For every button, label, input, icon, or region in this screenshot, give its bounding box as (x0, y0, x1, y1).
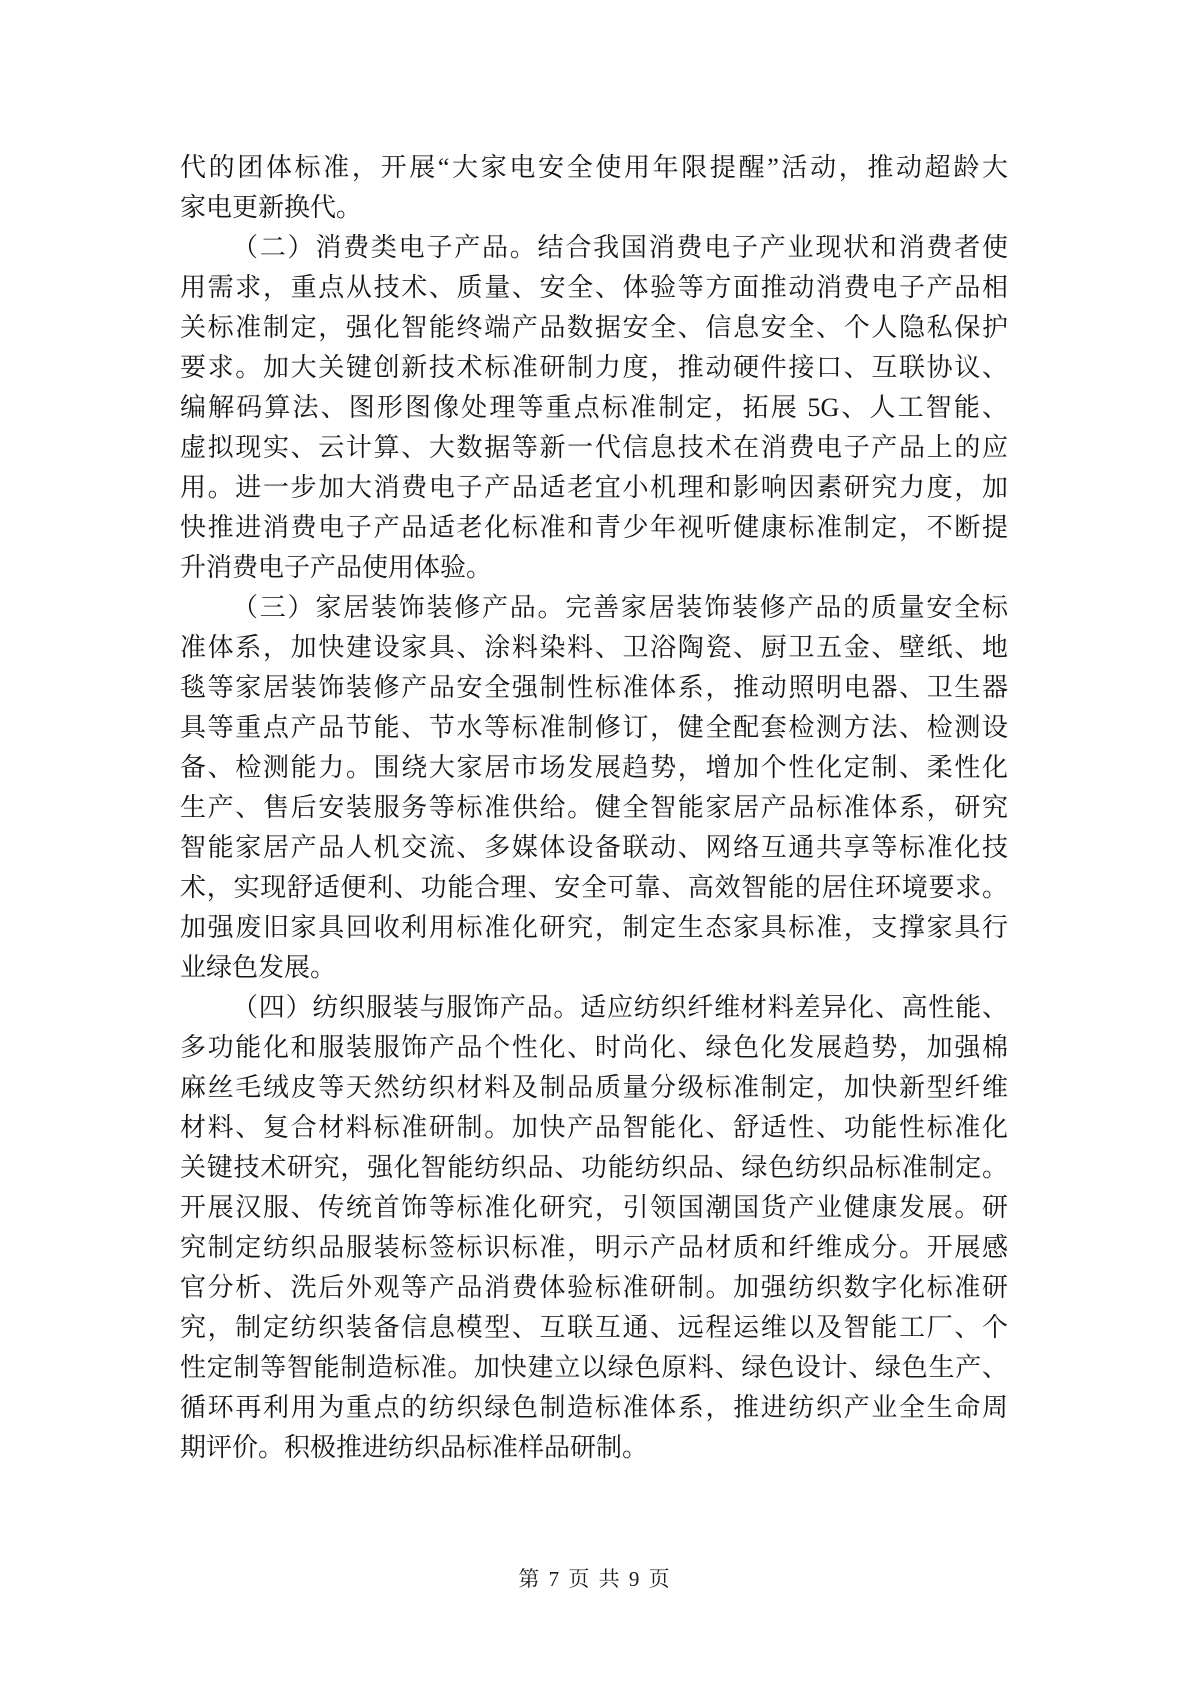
text-line: 用需求，重点从技术、质量、安全、体验等方面推动消费电子产品相 (180, 268, 1008, 308)
text-line: 具等重点产品节能、节水等标准制修订，健全配套检测方法、检测设 (180, 708, 1008, 748)
text-line: 循环再利用为重点的纺织绿色制造标准体系，推进纺织产业全生命周 (180, 1388, 1008, 1428)
text-line: 虚拟现实、云计算、大数据等新一代信息技术在消费电子产品上的应 (180, 428, 1008, 468)
text-line: 究制定纺织品服装标签标识标准，明示产品材质和纤维成分。开展感 (180, 1228, 1008, 1268)
text-line: （三）家居装饰装修产品。完善家居装饰装修产品的质量安全标 (180, 588, 1008, 628)
text-line: 官分析、洗后外观等产品消费体验标准研制。加强纺织数字化标准研 (180, 1268, 1008, 1308)
text-line: 开展汉服、传统首饰等标准化研究，引领国潮国货产业健康发展。研 (180, 1188, 1008, 1228)
text-line: 用。进一步加大消费电子产品适老宜小机理和影响因素研究力度，加 (180, 468, 1008, 508)
text-line: 加强废旧家具回收利用标准化研究，制定生态家具标准，支撑家具行 (180, 908, 1008, 948)
text-line: 升消费电子产品使用体验。 (180, 548, 1008, 588)
text-line: 生产、售后安装服务等标准供给。健全智能家居产品标准体系，研究 (180, 788, 1008, 828)
text-line: 究，制定纺织装备信息模型、互联互通、远程运维以及智能工厂、个 (180, 1308, 1008, 1348)
text-line: （四）纺织服装与服饰产品。适应纺织纤维材料差异化、高性能、 (180, 988, 1008, 1028)
paragraph: （三）家居装饰装修产品。完善家居装饰装修产品的质量安全标准体系，加快建设家具、涂… (180, 588, 1008, 988)
text-line: 材料、复合材料标准研制。加快产品智能化、舒适性、功能性标准化 (180, 1108, 1008, 1148)
text-line: 智能家居产品人机交流、多媒体设备联动、网络互通共享等标准化技 (180, 828, 1008, 868)
paragraph: （四）纺织服装与服饰产品。适应纺织纤维材料差异化、高性能、多功能化和服装服饰产品… (180, 988, 1008, 1468)
text-line: 代的团体标准，开展“大家电安全使用年限提醒”活动，推动超龄大 (180, 148, 1008, 188)
paragraph: （二）消费类电子产品。结合我国消费电子产业现状和消费者使用需求，重点从技术、质量… (180, 228, 1008, 588)
text-line: 多功能化和服装服饰产品个性化、时尚化、绿色化发展趋势，加强棉 (180, 1028, 1008, 1068)
text-line: 快推进消费电子产品适老化标准和青少年视听健康标准制定，不断提 (180, 508, 1008, 548)
text-line: 编解码算法、图形图像处理等重点标准制定，拓展 5G、人工智能、 (180, 388, 1008, 428)
text-line: 关键技术研究，强化智能纺织品、功能纺织品、绿色纺织品标准制定。 (180, 1148, 1008, 1188)
text-line: 毯等家居装饰装修产品安全强制性标准体系，推动照明电器、卫生器 (180, 668, 1008, 708)
text-block: 代的团体标准，开展“大家电安全使用年限提醒”活动，推动超龄大家电更新换代。（二）… (180, 148, 1008, 1468)
page-footer: 第 7 页 共 9 页 (0, 1563, 1190, 1593)
text-line: 准体系，加快建设家具、涂料染料、卫浴陶瓷、厨卫五金、壁纸、地 (180, 628, 1008, 668)
text-line: （二）消费类电子产品。结合我国消费电子产业现状和消费者使 (180, 228, 1008, 268)
text-line: 要求。加大关键创新技术标准研制力度，推动硬件接口、互联协议、 (180, 348, 1008, 388)
text-line: 业绿色发展。 (180, 948, 1008, 988)
text-line: 性定制等智能制造标准。加快建立以绿色原料、绿色设计、绿色生产、 (180, 1348, 1008, 1388)
text-line: 麻丝毛绒皮等天然纺织材料及制品质量分级标准制定，加快新型纤维 (180, 1068, 1008, 1108)
document-page: 代的团体标准，开展“大家电安全使用年限提醒”活动，推动超龄大家电更新换代。（二）… (0, 0, 1190, 1683)
paragraph: 代的团体标准，开展“大家电安全使用年限提醒”活动，推动超龄大家电更新换代。 (180, 148, 1008, 228)
text-line: 术，实现舒适便利、功能合理、安全可靠、高效智能的居住环境要求。 (180, 868, 1008, 908)
text-line: 关标准制定，强化智能终端产品数据安全、信息安全、个人隐私保护 (180, 308, 1008, 348)
text-line: 备、检测能力。围绕大家居市场发展趋势，增加个性化定制、柔性化 (180, 748, 1008, 788)
text-line: 家电更新换代。 (180, 188, 1008, 228)
text-line: 期评价。积极推进纺织品标准样品研制。 (180, 1428, 1008, 1468)
